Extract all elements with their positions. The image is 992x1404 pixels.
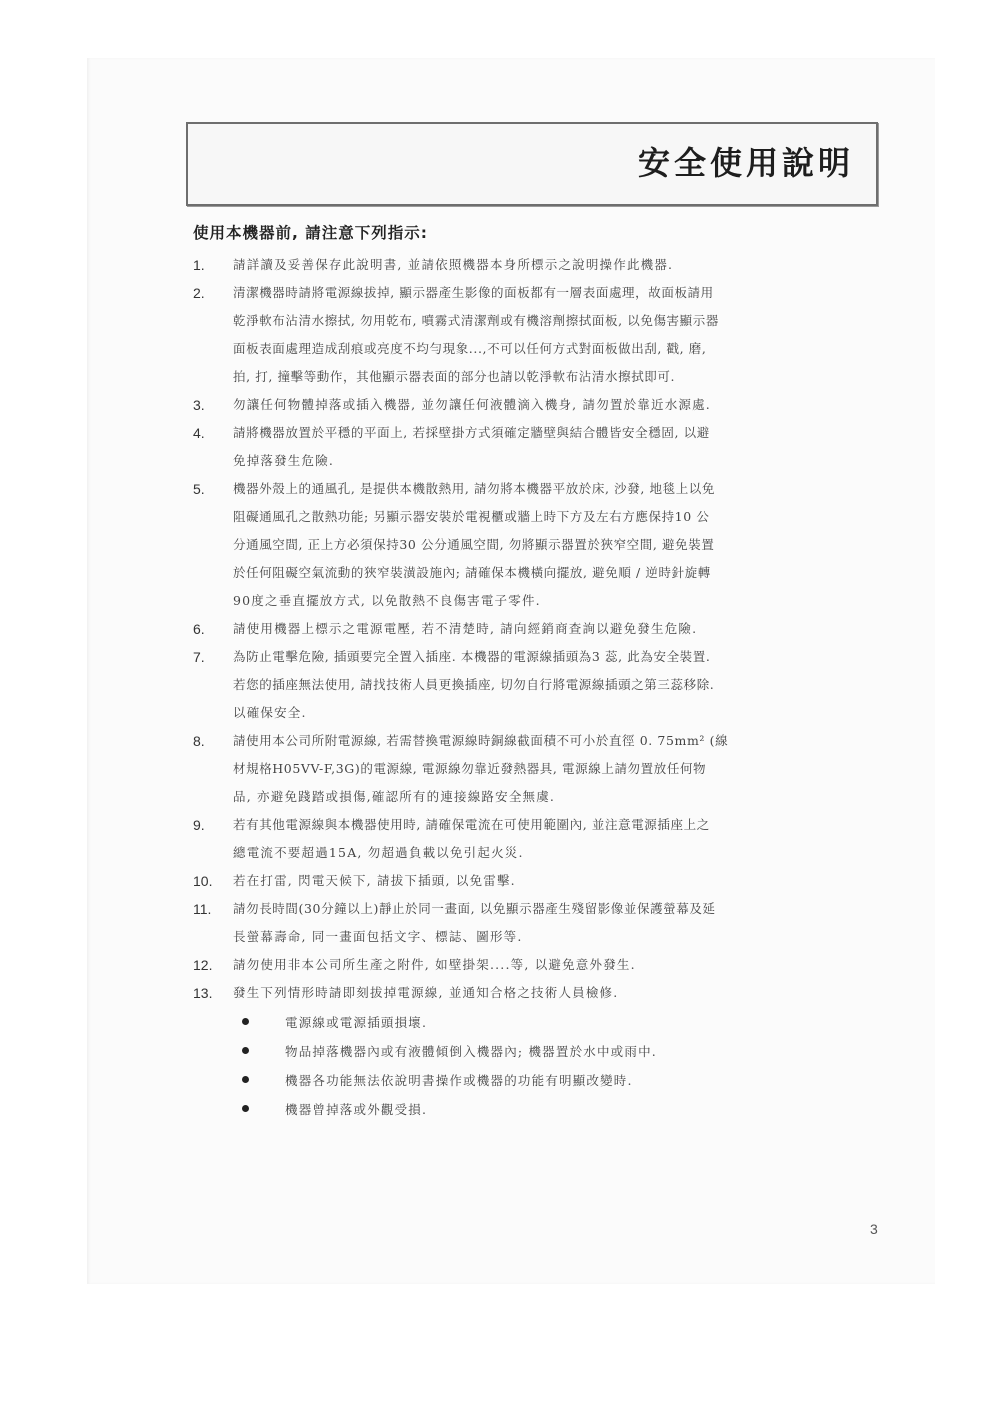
- item-text: 勿讓任何物體掉落或插入機器, 並勿讓任何液體滴入機身, 請勿置於靠近水源處.: [233, 391, 893, 419]
- item-number: 12.: [193, 951, 233, 979]
- bullet-text: 電源線或電源插頭損壞.: [285, 1013, 427, 1031]
- bullet-text: 物品掉落機器內或有液體傾倒入機器內; 機器置於水中或雨中.: [285, 1042, 657, 1060]
- list-item: 4. 請將機器放置於平穩的平面上, 若採壁掛方式須確定牆壁與結合體皆安全穩固, …: [193, 419, 893, 475]
- item-text: 乾淨軟布沾清水擦拭, 勿用乾布, 噴霧式清潔劑或有機溶劑擦拭面板, 以免傷害顯示…: [233, 307, 893, 335]
- item-number: 5.: [193, 475, 233, 615]
- item-text: 機器外殼上的通風孔, 是提供本機散熱用, 請勿將本機器平放於床, 沙發, 地毯上…: [233, 475, 893, 503]
- item-number: 6.: [193, 615, 233, 643]
- bullet-text: 機器各功能無法依說明書操作或機器的功能有明顯改變時.: [285, 1071, 633, 1089]
- item-text: 分通風空間, 正上方必須保持30 公分通風空間, 勿將顯示器置於狹窄空間, 避免…: [233, 531, 893, 559]
- bullet-dot-icon: [242, 1076, 249, 1083]
- item-number: 11.: [193, 895, 233, 951]
- bullet-item: 機器曾掉落或外觀受損.: [233, 1094, 893, 1123]
- item-number: 8.: [193, 727, 233, 811]
- title-box: 安全使用說明: [186, 122, 878, 206]
- item-number: 7.: [193, 643, 233, 727]
- item-text: 阻礙通風孔之散熱功能; 另顯示器安裝於電視櫃或牆上時下方及左右方應保持10 公: [233, 503, 893, 531]
- item-number: 4.: [193, 419, 233, 475]
- list-item: 8. 請使用本公司所附電源線, 若需替換電源線時銅線截面積不可小於直徑 0. 7…: [193, 727, 893, 811]
- item-text: 若有其他電源線與本機器使用時, 請確保電流在可使用範圍內, 並注意電源插座上之: [233, 811, 893, 839]
- list-item: 11. 請勿長時間(30分鐘以上)靜止於同一畫面, 以免顯示器產生殘留影像並保護…: [193, 895, 893, 951]
- item-text: 請勿使用非本公司所生產之附件, 如壁掛架....等, 以避免意外發生.: [233, 951, 893, 979]
- list-item: 10. 若在打雷, 閃電天候下, 請拔下插頭, 以免雷擊.: [193, 867, 893, 895]
- item-text: 若在打雷, 閃電天候下, 請拔下插頭, 以免雷擊.: [233, 867, 893, 895]
- item-text: 於任何阻礙空氣流動的狹窄裝潢設施內; 請確保本機橫向擺放, 避免順 / 逆時針旋…: [233, 559, 893, 587]
- list-item: 1. 請詳讀及妥善保存此說明書, 並請依照機器本身所標示之說明操作此機器.: [193, 251, 893, 279]
- item-text: 長螢幕壽命, 同一畫面包括文字、標誌、圖形等.: [233, 923, 893, 951]
- item-number: 9.: [193, 811, 233, 867]
- item-text: 材規格H05VV-F,3G)的電源線, 電源線勿靠近發熱器具, 電源線上請勿置放…: [233, 755, 893, 783]
- item-text: 請詳讀及妥善保存此說明書, 並請依照機器本身所標示之說明操作此機器.: [233, 251, 893, 279]
- list-item: 12. 請勿使用非本公司所生產之附件, 如壁掛架....等, 以避免意外發生.: [193, 951, 893, 979]
- item-text: 品, 亦避免踐踏或損傷,確認所有的連接線路安全無虞.: [233, 783, 893, 811]
- item-text: 90度之垂直擺放方式, 以免散熱不良傷害電子零件.: [233, 587, 893, 615]
- item-number: 3.: [193, 391, 233, 419]
- item-text: 請使用機器上標示之電源電壓, 若不清楚時, 請向經銷商查詢以避免發生危險.: [233, 615, 893, 643]
- list-item: 2. 清潔機器時請將電源線拔掉, 顯示器產生影像的面板都有一層表面處理，故面板請…: [193, 279, 893, 391]
- item-text: 請使用本公司所附電源線, 若需替換電源線時銅線截面積不可小於直徑 0. 75mm…: [233, 727, 893, 755]
- bullet-text: 機器曾掉落或外觀受損.: [285, 1100, 427, 1118]
- page-number: 3: [870, 1221, 878, 1237]
- list-item: 3. 勿讓任何物體掉落或插入機器, 並勿讓任何液體滴入機身, 請勿置於靠近水源處…: [193, 391, 893, 419]
- item-text: 面板表面處理造成刮痕或亮度不均勻現象...,不可以任何方式對面板做出刮, 戳, …: [233, 335, 893, 363]
- item-number: 2.: [193, 279, 233, 391]
- bullet-dot-icon: [242, 1105, 249, 1112]
- item-text: 免掉落發生危險.: [233, 447, 893, 475]
- page-title: 安全使用說明: [638, 138, 854, 184]
- item-text: 若您的插座無法使用, 請找技術人員更換插座, 切勿自行將電源線插頭之第三蕊移除.: [233, 671, 893, 699]
- item-text: 拍, 打, 撞擊等動作，其他顯示器表面的部分也請以乾淨軟布沾清水擦拭即可.: [233, 363, 893, 391]
- item-text: 請將機器放置於平穩的平面上, 若採壁掛方式須確定牆壁與結合體皆安全穩固, 以避: [233, 419, 893, 447]
- bullet-item: 物品掉落機器內或有液體傾倒入機器內; 機器置於水中或雨中.: [233, 1036, 893, 1065]
- bullet-dot-icon: [242, 1018, 249, 1025]
- item-number: 13.: [193, 979, 233, 1007]
- item-number: 1.: [193, 251, 233, 279]
- item-text: 為防止電擊危險, 插頭要完全置入插座. 本機器的電源線插頭為3 蕊, 此為安全裝…: [233, 643, 893, 671]
- item-text: 請勿長時間(30分鐘以上)靜止於同一畫面, 以免顯示器產生殘留影像並保護螢幕及延: [233, 895, 893, 923]
- list-item: 13. 發生下列情形時請即刻拔掉電源線, 並通知合格之技術人員檢修.: [193, 979, 893, 1007]
- list-item: 7. 為防止電擊危險, 插頭要完全置入插座. 本機器的電源線插頭為3 蕊, 此為…: [193, 643, 893, 727]
- item-text: 發生下列情形時請即刻拔掉電源線, 並通知合格之技術人員檢修.: [233, 979, 893, 1007]
- item-text: 總電流不要超過15A, 勿超過負載以免引起火災.: [233, 839, 893, 867]
- item-text: 清潔機器時請將電源線拔掉, 顯示器產生影像的面板都有一層表面處理，故面板請用: [233, 279, 893, 307]
- list-item: 9. 若有其他電源線與本機器使用時, 請確保電流在可使用範圍內, 並注意電源插座…: [193, 811, 893, 867]
- bullet-list: 電源線或電源插頭損壞. 物品掉落機器內或有液體傾倒入機器內; 機器置於水中或雨中…: [233, 1007, 893, 1123]
- list-item: 5. 機器外殼上的通風孔, 是提供本機散熱用, 請勿將本機器平放於床, 沙發, …: [193, 475, 893, 615]
- item-text: 以確保安全.: [233, 699, 893, 727]
- item-number: 10.: [193, 867, 233, 895]
- safety-instructions-list: 1. 請詳讀及妥善保存此說明書, 並請依照機器本身所標示之說明操作此機器. 2.…: [193, 251, 893, 1123]
- bullet-dot-icon: [242, 1047, 249, 1054]
- bullet-item: 電源線或電源插頭損壞.: [233, 1007, 893, 1036]
- intro-heading: 使用本機器前, 請注意下列指示:: [193, 221, 428, 243]
- bullet-item: 機器各功能無法依說明書操作或機器的功能有明顯改變時.: [233, 1065, 893, 1094]
- list-item: 6. 請使用機器上標示之電源電壓, 若不清楚時, 請向經銷商查詢以避免發生危險.: [193, 615, 893, 643]
